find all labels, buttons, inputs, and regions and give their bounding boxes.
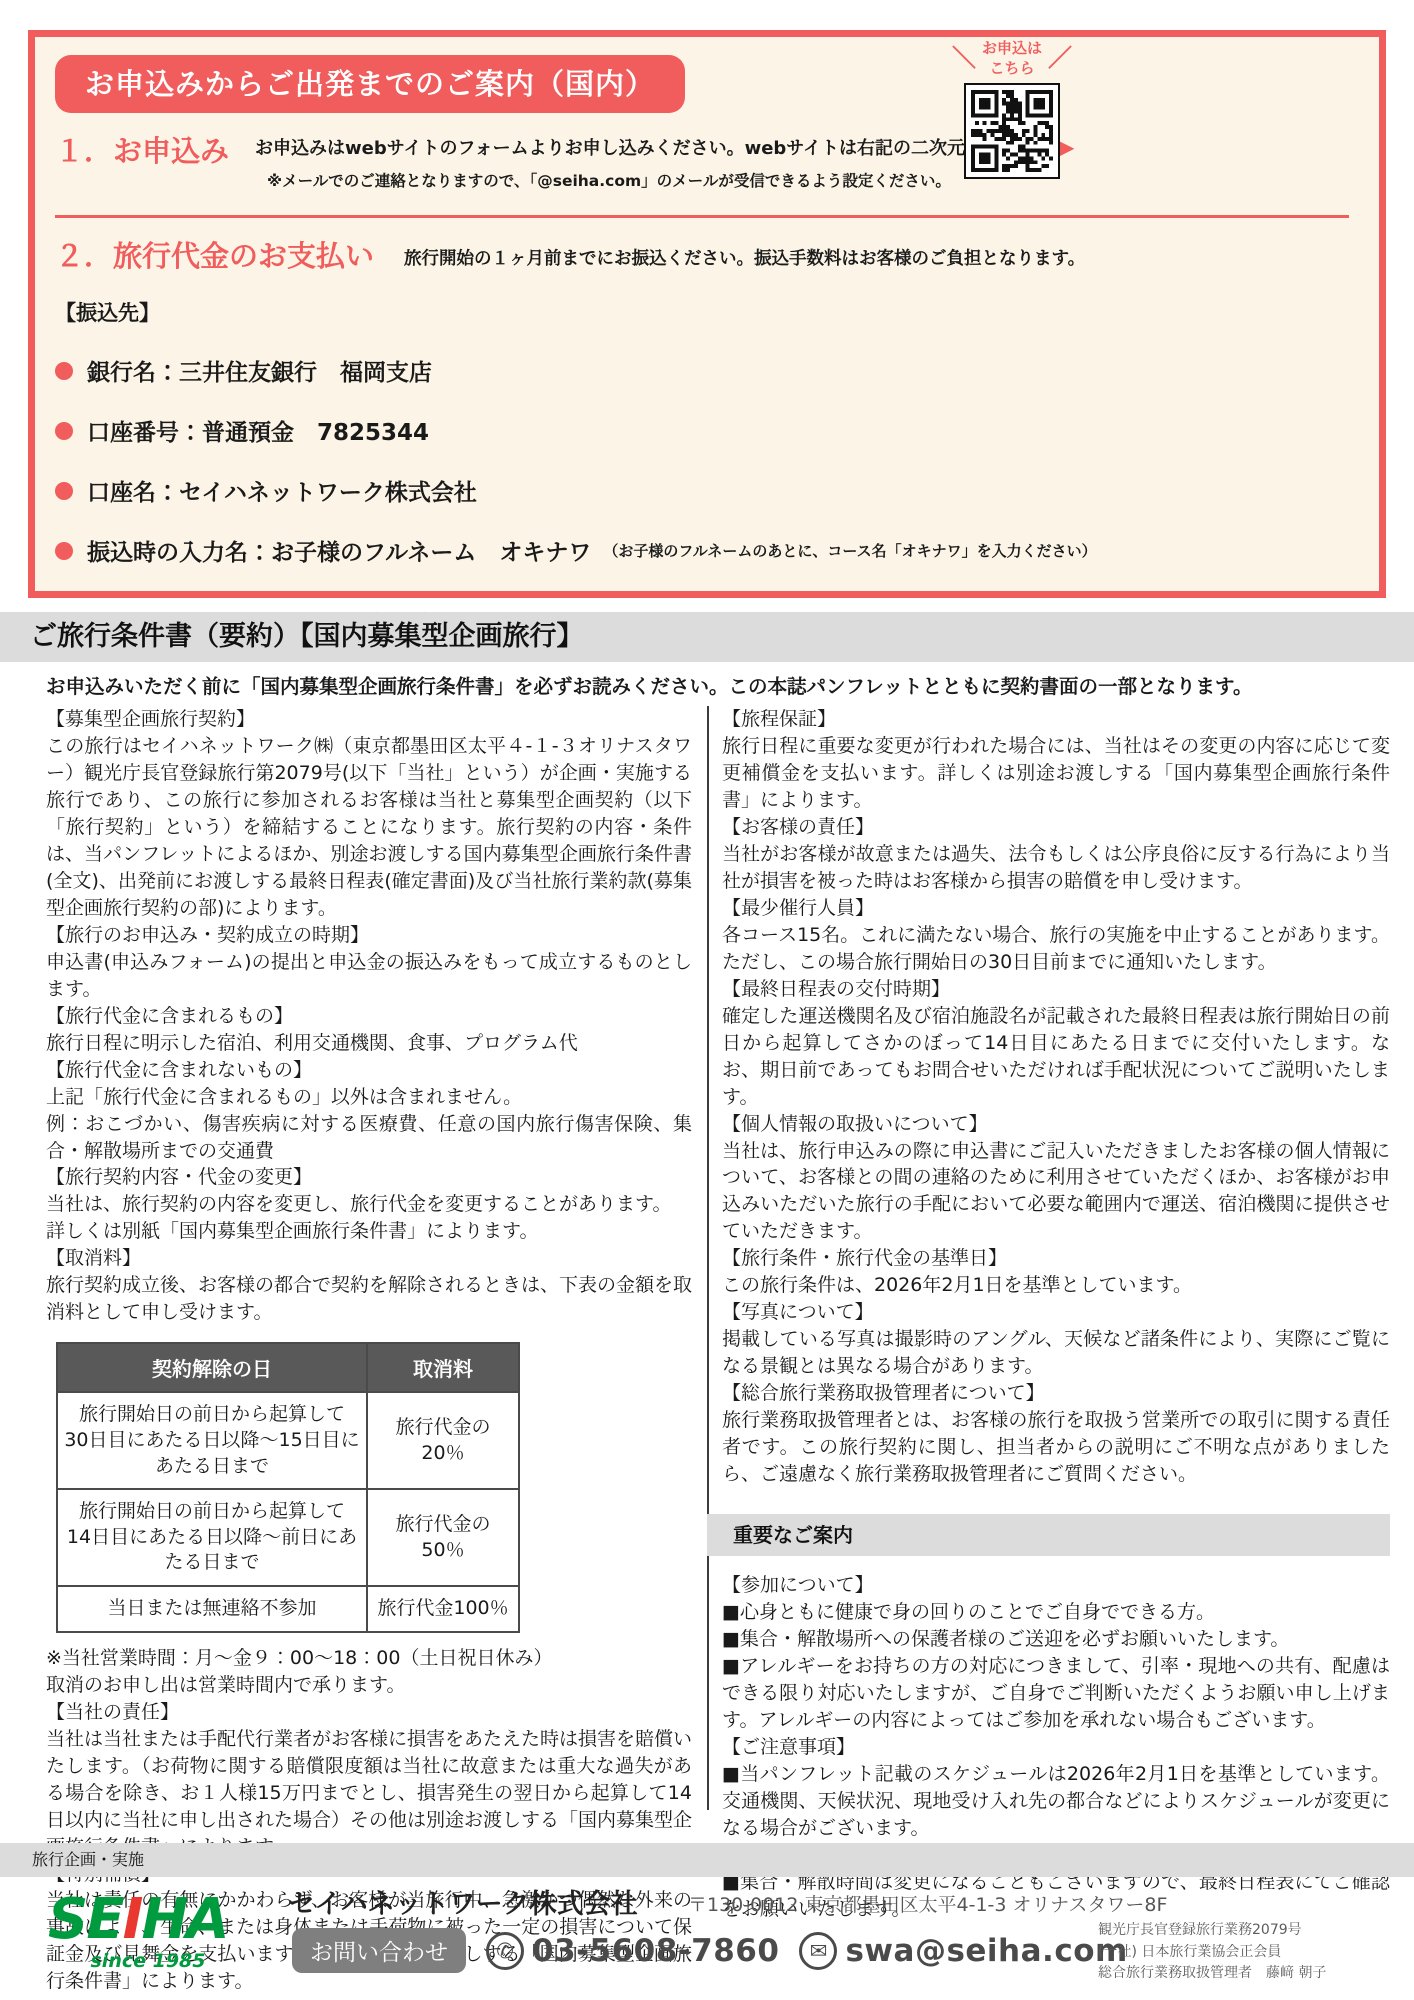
column-divider bbox=[707, 706, 709, 1810]
important-notice-band: 重要なご案内 bbox=[707, 1514, 1390, 1556]
condition-section-heading: 【総合旅行業務取扱管理者について】 bbox=[722, 1380, 1390, 1407]
condition-section-heading: 【最少催行人員】 bbox=[722, 895, 1390, 922]
registration-line: 総合旅行業務取扱管理者 藤﨑 朝子 bbox=[1098, 1963, 1326, 1985]
condition-section-body: 当社は、旅行契約の内容を変更し、旅行代金を変更することがあります。 詳しくは別紙… bbox=[46, 1191, 692, 1245]
qr-label-text: お申込はこちら bbox=[982, 39, 1042, 78]
condition-section-heading: 【個人情報の取扱いについて】 bbox=[722, 1111, 1390, 1138]
cancel-table-row: 旅行開始日の前日から起算して 14日目にあたる日以降～前日にあたる日まで旅行代金… bbox=[57, 1489, 519, 1586]
cancel-period-cell: 旅行開始日の前日から起算して 14日目にあたる日以降～前日にあたる日まで bbox=[57, 1489, 367, 1586]
cancel-fee-cell: 旅行代金100％ bbox=[367, 1586, 519, 1632]
condition-section-heading: 【取消料】 bbox=[46, 1245, 692, 1272]
condition-section-body: 旅行業務取扱管理者とは、お客様の旅行を取扱う営業所での取引に関する責任者です。こ… bbox=[722, 1407, 1390, 1488]
table-notes: ※当社営業時間：月～金９：00～18：00（土日祝日休み）取消のお申し出は営業時… bbox=[46, 1645, 692, 1699]
condition-section-body: 旅行日程に重要な変更が行われた場合には、当社はその変更の内容に応じて変更補償金を… bbox=[722, 733, 1390, 814]
qr-label-line2: こちら bbox=[989, 59, 1034, 77]
contact-label: お問い合わせ bbox=[292, 1928, 466, 1973]
contact-row: お問い合わせ ✆ 03-5608-7860 ✉ swa@seiha.com bbox=[292, 1928, 1128, 1973]
bullet-icon bbox=[55, 542, 73, 560]
cancel-table-header: 契約解除の日 bbox=[57, 1343, 367, 1392]
qr-label-line1: お申込は bbox=[982, 39, 1042, 57]
conditions-right-column: 【旅程保証】旅行日程に重要な変更が行われた場合には、当社はその変更の内容に応じて… bbox=[722, 706, 1390, 1923]
logo-part1: SE bbox=[48, 1887, 123, 1952]
condition-section-heading: 【当社の責任】 bbox=[46, 1699, 692, 1726]
bank-detail-item: 振込時の入力名：お子様のフルネーム オキナワ（お子様のフルネームのあとに、コース… bbox=[55, 534, 1349, 567]
cancel-period-cell: 旅行開始日の前日から起算して 30日目にあたる日以降～15日目にあたる日まで bbox=[57, 1392, 367, 1489]
notice-heading: 【ご注意事項】 bbox=[722, 1734, 1390, 1761]
cancel-period-cell: 当日または無連絡不参加 bbox=[57, 1586, 367, 1632]
email-address: swa@seiha.com bbox=[845, 1933, 1127, 1969]
qr-code-icon bbox=[964, 83, 1060, 179]
registration-info: 観光庁長官登録旅行業務2079号(一社) 日本旅行業協会正会員総合旅行業務取扱管… bbox=[1098, 1920, 1326, 1985]
cancel-fee-cell: 旅行代金の50％ bbox=[367, 1489, 519, 1586]
cancellation-fee-table: 契約解除の日取消料旅行開始日の前日から起算して 30日目にあたる日以降～15日目… bbox=[56, 1342, 520, 1632]
application-guide-box: お申込みからご出発までのご案内（国内） ＼ お申込はこちら ／ １．お申込み お… bbox=[28, 30, 1386, 598]
conditions-band-title: ご旅行条件書（要約）【国内募集型企画旅行】 bbox=[0, 612, 1414, 662]
conditions-intro: お申込みいただく前に「国内募集型企画旅行条件書」を必ずお読みください。この本誌パ… bbox=[46, 671, 1386, 699]
condition-section-heading: 【写真について】 bbox=[722, 1299, 1390, 1326]
email-icon: ✉ bbox=[799, 1932, 837, 1970]
company-address: 〒130-0012 東京都墨田区太平4-1-3 オリナスタワー8F bbox=[688, 1890, 1167, 1917]
bank-detail-item: 口座名：セイハネットワーク株式会社 bbox=[55, 474, 1349, 507]
slash-left-icon: ＼ bbox=[952, 43, 976, 74]
condition-section-heading: 【お客様の責任】 bbox=[722, 814, 1390, 841]
section-apply-title: １．お申込み bbox=[55, 129, 229, 170]
bank-detail-text: 口座名：セイハネットワーク株式会社 bbox=[87, 474, 477, 507]
bank-detail-text: 口座番号：普通預金 7825344 bbox=[87, 414, 429, 447]
bank-details-list: 銀行名：三井住友銀行 福岡支店口座番号：普通預金 7825344口座名：セイハネ… bbox=[55, 354, 1349, 567]
bank-detail-note: （お子様のフルネームのあとに、コース名「オキナワ」を入力ください） bbox=[603, 540, 1096, 561]
condition-section-heading: 【旅行条件・旅行代金の基準日】 bbox=[722, 1245, 1390, 1272]
condition-section-heading: 【旅行のお申込み・契約成立の時期】 bbox=[46, 922, 692, 949]
condition-section-heading: 【旅行代金に含まれないもの】 bbox=[46, 1057, 692, 1084]
bank-detail-text: 振込時の入力名：お子様のフルネーム オキナワ bbox=[87, 534, 591, 567]
transfer-destination-label: 【振込先】 bbox=[55, 297, 1349, 327]
notice-item: ■心身ともに健康で身の回りのことでご自身でできる方。 bbox=[722, 1599, 1390, 1626]
condition-section-heading: 【旅行代金に含まれるもの】 bbox=[46, 1003, 692, 1030]
logo-part2: HA bbox=[141, 1887, 227, 1952]
condition-section-heading: 【募集型企画旅行契約】 bbox=[46, 706, 692, 733]
conditions-columns: 【募集型企画旅行契約】この旅行はセイハネットワーク㈱（東京都墨田区太平４-１-３… bbox=[0, 706, 1414, 1846]
footer-band-title: 旅行企画・実施 bbox=[0, 1843, 1414, 1877]
logo-since: since 1985 bbox=[48, 1950, 248, 1972]
condition-section-body: この旅行はセイハネットワーク㈱（東京都墨田区太平４-１-３オリナスタワー）観光庁… bbox=[46, 733, 692, 922]
guide-title: お申込みからご出発までのご案内（国内） bbox=[55, 55, 685, 113]
notice-item: ■アレルギーをお持ちの方の対応につきまして、引率・現地への共有、配慮はできる限り… bbox=[722, 1653, 1390, 1734]
slash-right-icon: ／ bbox=[1048, 43, 1072, 74]
table-note: 取消のお申し出は営業時間内で承ります。 bbox=[46, 1672, 692, 1699]
condition-section-body: 旅行契約成立後、お客様の都合で契約を解除されるときは、下表の金額を取消料として申… bbox=[46, 1272, 692, 1326]
qr-area: ＼ お申込はこちら ／ bbox=[937, 39, 1087, 179]
phone-icon: ✆ bbox=[486, 1932, 524, 1970]
cancel-table-row: 旅行開始日の前日から起算して 30日目にあたる日以降～15日目にあたる日まで旅行… bbox=[57, 1392, 519, 1489]
condition-section-body: 当社は当社または手配代行業者がお客様に損害をあたえた時は損害を賠償いたします。（… bbox=[46, 1726, 692, 1861]
bank-detail-text: 銀行名：三井住友銀行 福岡支店 bbox=[87, 354, 432, 387]
conditions-right-sections: 【旅程保証】旅行日程に重要な変更が行われた場合には、当社はその変更の内容に応じて… bbox=[722, 706, 1390, 1488]
condition-section-heading: 【最終日程表の交付時期】 bbox=[722, 976, 1390, 1003]
bullet-icon bbox=[55, 422, 73, 440]
condition-section-body: 当社は、旅行申込みの際に申込書にご記入いただきましたお客様の個人情報について、お… bbox=[722, 1138, 1390, 1246]
seiha-logo: SEIHA bbox=[48, 1892, 228, 1948]
condition-section-body: 各コース15名。これに満たない場合、旅行の実施を中止することがあります。ただし、… bbox=[722, 922, 1390, 976]
phone-number: 03-5608-7860 bbox=[532, 1933, 779, 1969]
bank-detail-item: 銀行名：三井住友銀行 福岡支店 bbox=[55, 354, 1349, 387]
condition-section-body: この旅行条件は、2026年2月1日を基準としています。 bbox=[722, 1272, 1390, 1299]
conditions-left-column: 【募集型企画旅行契約】この旅行はセイハネットワーク㈱（東京都墨田区太平４-１-３… bbox=[46, 706, 692, 1995]
cancel-table-header-row: 契約解除の日取消料 bbox=[57, 1343, 519, 1392]
section-payment: ２．旅行代金のお支払い 旅行開始の１ヶ月前までにお振込ください。振込手数料はお客… bbox=[55, 234, 1349, 275]
condition-section-body: 当社がお客様が故意または過失、法令もしくは公序良俗に反する行為により当社が損害を… bbox=[722, 841, 1390, 895]
cancel-table-row: 当日または無連絡不参加旅行代金100％ bbox=[57, 1586, 519, 1632]
condition-section-heading: 【旅程保証】 bbox=[722, 706, 1390, 733]
qr-label: ＼ お申込はこちら ／ bbox=[937, 39, 1087, 78]
cancel-fee-cell: 旅行代金の20％ bbox=[367, 1392, 519, 1489]
registration-line: (一社) 日本旅行業協会正会員 bbox=[1098, 1942, 1326, 1964]
registration-line: 観光庁長官登録旅行業務2079号 bbox=[1098, 1920, 1326, 1942]
logo-accent: I bbox=[123, 1887, 142, 1952]
section-payment-title: ２．旅行代金のお支払い bbox=[55, 234, 374, 275]
cancel-table-header: 取消料 bbox=[367, 1343, 519, 1392]
company-name: セイハネットワーク株式会社 bbox=[288, 1882, 638, 1921]
condition-section-heading: 【旅行契約内容・代金の変更】 bbox=[46, 1164, 692, 1191]
section-payment-desc: 旅行開始の１ヶ月前までにお振込ください。振込手数料はお客様のご負担となります。 bbox=[404, 234, 1085, 270]
condition-section-body: 確定した運送機関名及び宿泊施設名が記載された最終日程表は旅行開始日の前日から起算… bbox=[722, 1003, 1390, 1111]
divider bbox=[55, 215, 1349, 218]
condition-section-body: 上記「旅行代金に含まれるもの」以外は含まれません。 例：おこづかい、傷害疾病に対… bbox=[46, 1084, 692, 1165]
notice-item: ■集合・解散場所への保護者様のご送迎を必ずお願いいたします。 bbox=[722, 1626, 1390, 1653]
conditions-left-sections: 【募集型企画旅行契約】この旅行はセイハネットワーク㈱（東京都墨田区太平４-１-３… bbox=[46, 706, 692, 1326]
notice-heading: 【参加について】 bbox=[722, 1572, 1390, 1599]
table-note: ※当社営業時間：月～金９：00～18：00（土日祝日休み） bbox=[46, 1645, 692, 1672]
condition-section-body: 申込書(申込みフォーム)の提出と申込金の振込みをもって成立するものとします。 bbox=[46, 949, 692, 1003]
bullet-icon bbox=[55, 482, 73, 500]
bullet-icon bbox=[55, 362, 73, 380]
bank-detail-item: 口座番号：普通預金 7825344 bbox=[55, 414, 1349, 447]
section-apply-desc-text: お申込みはwebサイトのフォームよりお申し込みください。webサイトは右記の二次… bbox=[255, 138, 1055, 159]
section-apply: １．お申込み お申込みはwebサイトのフォームよりお申し込みください。webサイ… bbox=[55, 129, 1349, 191]
footer: SEIHA since 1985 セイハネットワーク株式会社 〒130-0012… bbox=[0, 1876, 1414, 2000]
brochure-page: お申込みからご出発までのご案内（国内） ＼ お申込はこちら ／ １．お申込み お… bbox=[0, 0, 1414, 2000]
notice-item: ■当パンフレット記載のスケジュールは2026年2月1日を基準としています。交通機… bbox=[722, 1761, 1390, 1842]
condition-section-body: 旅行日程に明示した宿泊、利用交通機関、食事、プログラム代 bbox=[46, 1030, 692, 1057]
condition-section-body: 掲載している写真は撮影時のアングル、天候など諸条件により、実際にご覧になる景観と… bbox=[722, 1326, 1390, 1380]
